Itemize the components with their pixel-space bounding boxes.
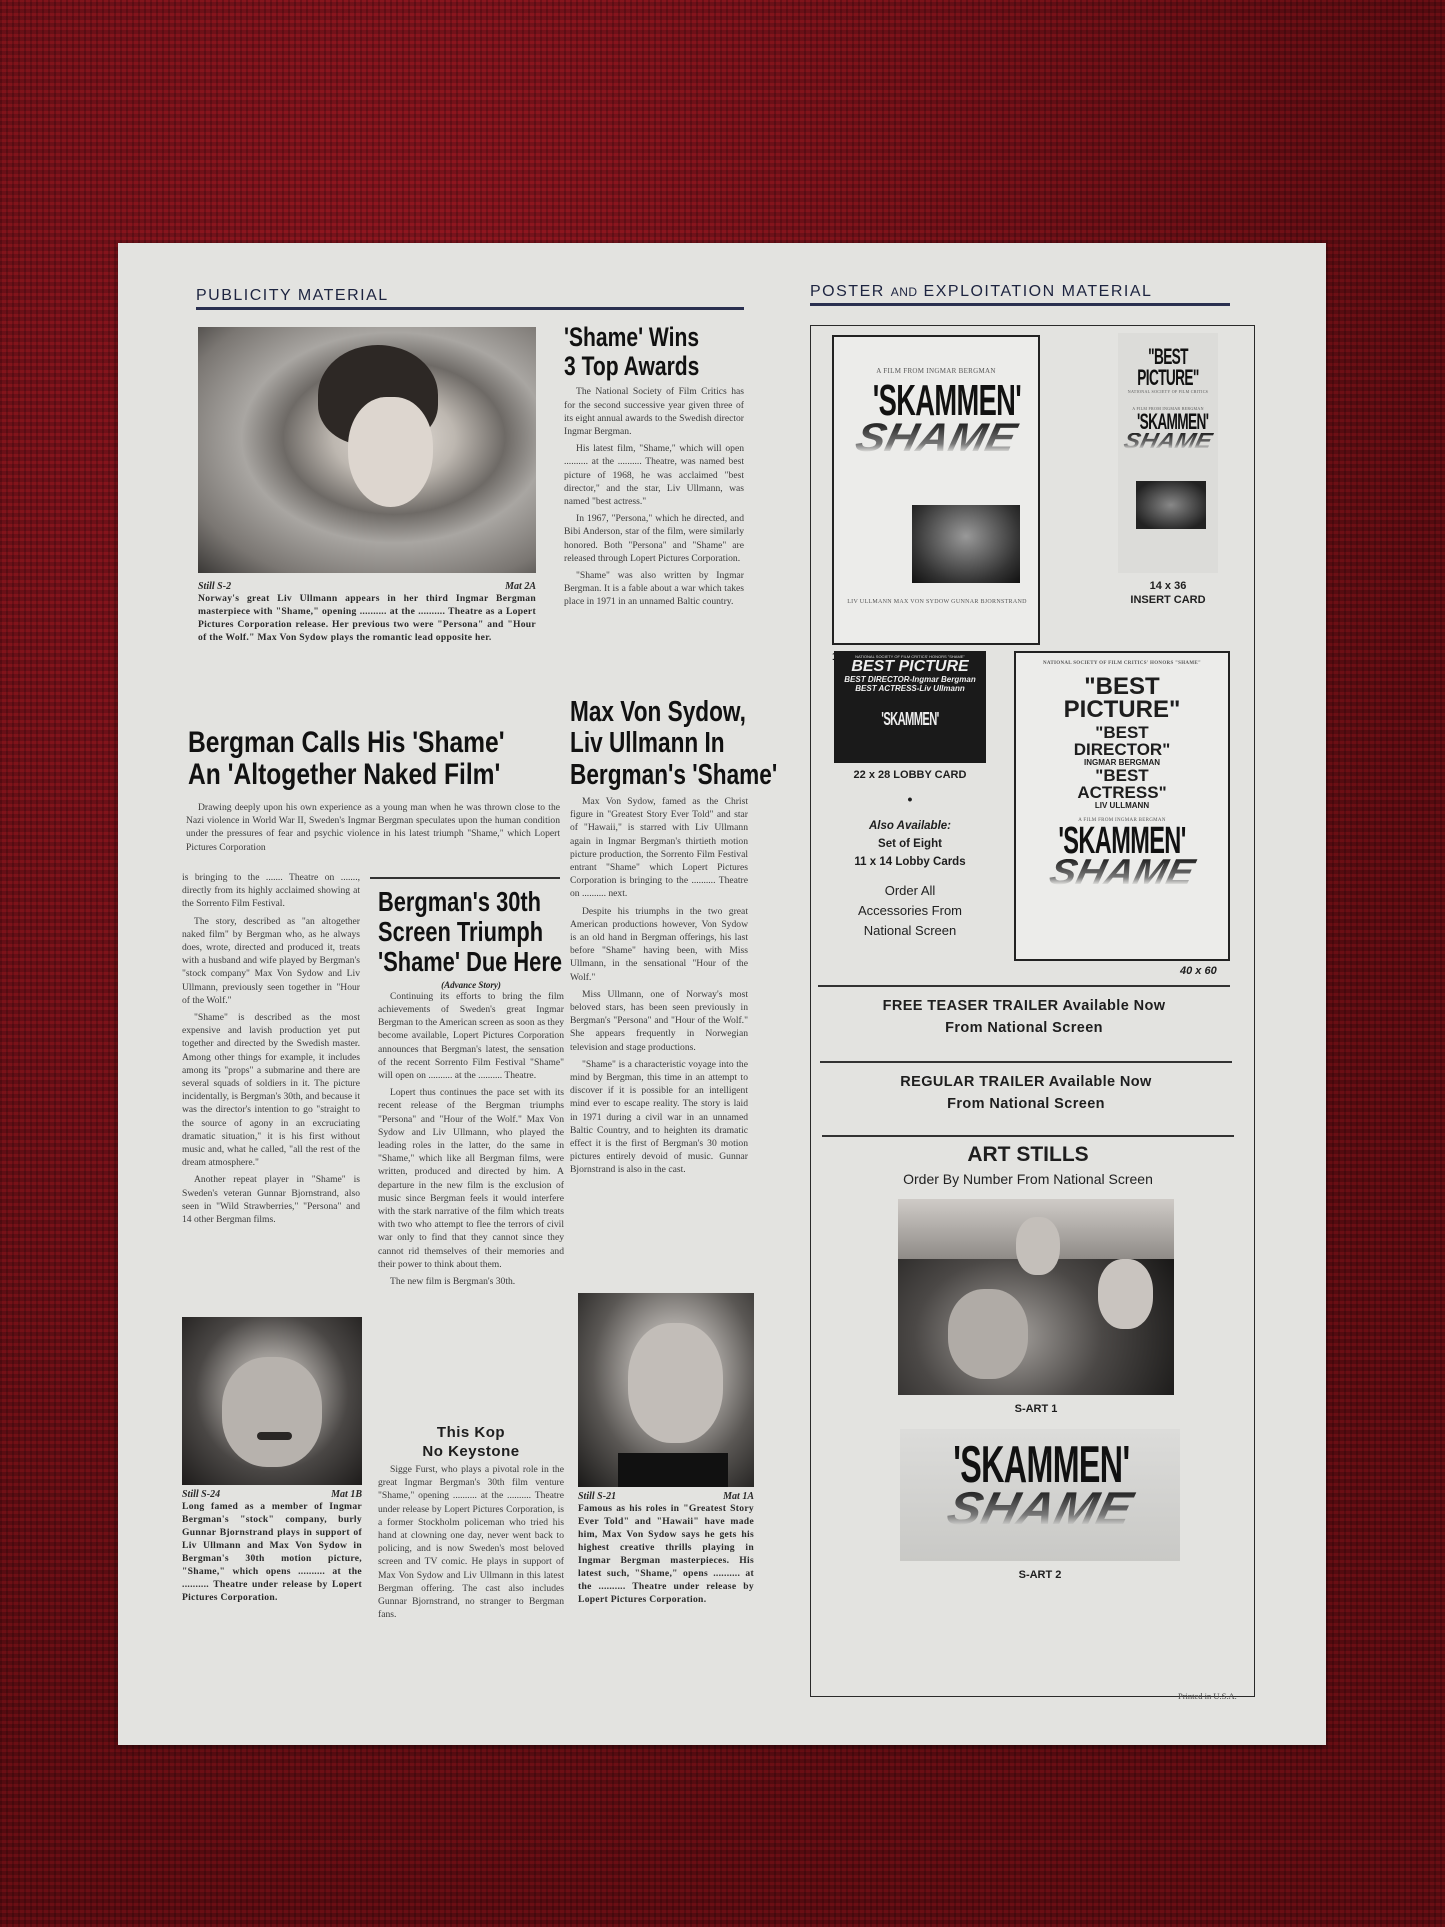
still-s2-caption: Norway's great Liv Ullmann appears in he… <box>198 592 536 644</box>
poster-photo <box>912 505 1020 583</box>
paragraph: is bringing to the ....... Theatre on ..… <box>182 871 360 911</box>
order-all-block: Order All Accessories From National Scre… <box>824 881 996 941</box>
poster-subtitle: SHAME <box>832 423 1040 453</box>
trailer-bold: FREE TEASER TRAILER <box>883 998 1059 1014</box>
divider <box>818 985 1230 987</box>
paragraph: Continuing its efforts to bring the film… <box>378 990 564 1082</box>
30th-body: Continuing its efforts to bring the film… <box>378 990 564 1288</box>
label-line: INSERT CARD <box>1108 593 1228 607</box>
collar-shape <box>618 1453 728 1487</box>
paragraph: In 1967, "Persona," which he directed, a… <box>564 512 744 565</box>
forty-sixty-label: 40 x 60 <box>1180 965 1217 977</box>
paragraph: Sigge Furst, who plays a pivotal role in… <box>378 1463 564 1621</box>
paragraph: The story, described as "an altogether n… <box>182 915 360 1007</box>
also-available-line: Set of Eight <box>824 835 996 853</box>
lobby-card-label: 22 x 28 LOBBY CARD <box>824 769 996 781</box>
header-text: EXPLOITATION MATERIAL <box>924 283 1153 300</box>
headline-line: 'Shame' Wins <box>564 323 704 352</box>
insert-photo <box>1136 481 1206 529</box>
also-available-title: Also Available: <box>824 817 996 835</box>
teaser-trailer-notice: FREE TEASER TRAILER Available Now From N… <box>818 995 1230 1039</box>
article-von-sydow: Max Von Sydow, Liv Ullmann In Bergman's … <box>570 697 748 1181</box>
still-s21-caption-block: Still S-21 Mat 1A Famous as his roles in… <box>578 1491 754 1606</box>
paragraph: Despite his triumphs in the two great Am… <box>570 905 748 984</box>
s-art-1-label: S-ART 1 <box>898 1403 1174 1415</box>
s-art-2-label: S-ART 2 <box>900 1569 1180 1581</box>
header-text-small: AND <box>891 285 918 299</box>
mat-label: Mat 1B <box>331 1489 362 1500</box>
headline-line: Bergman's 30th <box>378 887 523 917</box>
paragraph: "Shame" is described as the most expensi… <box>182 1011 360 1169</box>
paragraph: Max Von Sydow, famed as the Christ figur… <box>570 795 748 901</box>
best-picture: PICTURE" <box>1016 698 1228 722</box>
header-text: POSTER <box>810 283 885 300</box>
face-shape <box>348 397 433 507</box>
face-shape <box>1098 1259 1153 1329</box>
advance-story-subhead: (Advance Story) <box>378 980 564 990</box>
divider <box>370 877 560 879</box>
label-line: 14 x 36 <box>1108 579 1228 593</box>
trailer-line2: From National Screen <box>820 1093 1232 1115</box>
still-s21-caption: Famous as his roles in "Greatest Story E… <box>578 1502 754 1606</box>
publicity-sheet: PUBLICITY MATERIAL Still S-2 Mat 2A Norw… <box>118 243 1326 1745</box>
mat-label: Mat 1A <box>723 1491 754 1502</box>
article-kop: This Kop No Keystone Sigge Furst, who pl… <box>378 1423 564 1625</box>
best-quote: "BEST <box>1016 724 1228 741</box>
insert-subtitle: SHAME <box>1118 433 1218 449</box>
poster-credits: LIV ULLMANN MAX VON SYDOW GUNNAR BJORNST… <box>842 599 1032 605</box>
awards-body: The National Society of Film Critics has… <box>564 385 744 608</box>
still-s24-caption: Long famed as a member of Ingmar Bergman… <box>182 1500 362 1604</box>
still-label: Still S-24 <box>182 1489 220 1500</box>
von-sydow-headline: Max Von Sydow, Liv Ullmann In Bergman's … <box>570 697 709 791</box>
poster-top-line: NATIONAL SOCIETY OF FILM CRITICS' HONORS… <box>1016 661 1228 666</box>
article-naked-film: Bergman Calls His 'Shame' An 'Altogether… <box>188 727 568 792</box>
still-s24-photo <box>182 1317 362 1485</box>
face-shape <box>948 1289 1028 1379</box>
headline-line: No Keystone <box>378 1442 564 1461</box>
paragraph: The new film is Bergman's 30th. <box>378 1275 564 1288</box>
awards-headline: 'Shame' Wins 3 Top Awards <box>564 323 704 381</box>
still-label: Still S-21 <box>578 1491 616 1502</box>
von-sydow-body: Max Von Sydow, famed as the Christ figur… <box>570 795 748 1177</box>
lobby-line: BEST ACTRESS-Liv Ullmann <box>834 684 986 693</box>
best-quote: "BEST <box>1016 767 1228 784</box>
s-art-2-subtitle: SHAME <box>900 1491 1180 1525</box>
headline-line: This Kop <box>378 1423 564 1442</box>
insert-card-poster: "BEST PICTURE" NATIONAL SOCIETY OF FILM … <box>1118 333 1218 573</box>
lobby-title: 'SKAMMEN' <box>863 709 957 730</box>
paragraph: Lopert thus continues the pace set with … <box>378 1086 564 1271</box>
header-text: PUBLICITY MATERIAL <box>196 287 389 304</box>
lobby-line: BEST DIRECTOR-Ingmar Bergman <box>834 675 986 684</box>
lobby-card-poster: NATIONAL SOCIETY OF FILM CRITICS' HONORS… <box>834 651 986 763</box>
article-30th: Bergman's 30th Screen Triumph 'Shame' Du… <box>378 887 564 1292</box>
headline-line: Screen Triumph <box>378 917 523 947</box>
face-shape <box>222 1357 322 1467</box>
insert-quote: "BEST <box>1137 347 1199 367</box>
poster-material-header: POSTER AND EXPLOITATION MATERIAL <box>810 283 1230 306</box>
headline-line: 'Shame' Due Here <box>378 947 523 977</box>
forty-sixty-poster: NATIONAL SOCIETY OF FILM CRITICS' HONORS… <box>1014 651 1230 961</box>
naked-film-body: is bringing to the ....... Theatre on ..… <box>182 871 360 1230</box>
still-s24-caption-block: Still S-24 Mat 1B Long famed as a member… <box>182 1489 362 1604</box>
still-s2-caption-block: Still S-2 Mat 2A Norway's great Liv Ullm… <box>198 581 536 644</box>
best-director: DIRECTOR" <box>1016 741 1228 758</box>
still-s2-photo <box>198 327 536 573</box>
regular-trailer-notice: REGULAR TRAILER Available Now From Natio… <box>820 1071 1232 1115</box>
also-available-block: Also Available: Set of Eight 11 x 14 Lob… <box>824 817 996 871</box>
kop-body: Sigge Furst, who plays a pivotal role in… <box>378 1463 564 1621</box>
article-awards: 'Shame' Wins 3 Top Awards The National S… <box>564 323 744 613</box>
paragraph: His latest film, "Shame," which will ope… <box>564 442 744 508</box>
headline-line: Bergman Calls His 'Shame' <box>188 727 500 759</box>
still-label: Still S-2 <box>198 581 231 592</box>
naked-film-lead: Drawing deeply upon his own experience a… <box>186 801 560 858</box>
face-shape <box>1016 1217 1060 1275</box>
trailer-bold: REGULAR TRAILER <box>900 1074 1045 1090</box>
naked-film-headline: Bergman Calls His 'Shame' An 'Altogether… <box>188 727 500 792</box>
s-art-1-photo <box>898 1199 1174 1395</box>
paragraph: Miss Ullmann, one of Norway's most belov… <box>570 988 748 1054</box>
poster-top-line: A FILM FROM INGMAR BERGMAN <box>834 367 1038 375</box>
paragraph: "Shame" was also written by Ingmar Bergm… <box>564 569 744 609</box>
headline-line: Liv Ullmann In <box>570 728 709 759</box>
best-actress: ACTRESS" <box>1016 784 1228 801</box>
moustache-shape <box>257 1432 292 1440</box>
trailer-rest: Available Now <box>1049 1074 1152 1090</box>
headline-line: Bergman's 'Shame' <box>570 760 709 791</box>
kop-headline: This Kop No Keystone <box>378 1423 564 1461</box>
insert-card-label: 14 x 36 INSERT CARD <box>1108 579 1228 607</box>
art-stills-title: ART STILLS <box>822 1143 1234 1167</box>
30th-headline: Bergman's 30th Screen Triumph 'Shame' Du… <box>378 887 523 978</box>
order-all-line: National Screen <box>824 921 996 941</box>
bullet-dot: • <box>824 791 996 807</box>
actress-name: LIV ULLMANN <box>1016 801 1228 810</box>
paragraph: Drawing deeply upon his own experience a… <box>186 801 560 854</box>
headline-line: 3 Top Awards <box>564 352 704 381</box>
lobby-line: BEST PICTURE <box>834 659 986 675</box>
art-stills-subtitle: Order By Number From National Screen <box>822 1171 1234 1187</box>
divider <box>822 1135 1234 1137</box>
best-quote: "BEST <box>1016 676 1228 698</box>
trailer-line2: From National Screen <box>818 1017 1230 1039</box>
mat-label: Mat 2A <box>505 581 536 592</box>
divider <box>820 1061 1232 1063</box>
still-s21-photo <box>578 1293 754 1487</box>
order-all-line: Order All <box>824 881 996 901</box>
trailer-rest: Available Now <box>1062 998 1165 1014</box>
paragraph: "Shame" is a characteristic voyage into … <box>570 1058 748 1177</box>
headline-line: Max Von Sydow, <box>570 697 709 728</box>
printed-in-usa: Printed in U.S.A. <box>1178 1691 1237 1701</box>
paragraph: The National Society of Film Critics has… <box>564 385 744 438</box>
order-all-line: Accessories From <box>824 901 996 921</box>
s-art-2-image: 'SKAMMEN' SHAME <box>900 1429 1180 1561</box>
also-available-line: 11 x 14 Lobby Cards <box>824 853 996 871</box>
one-sheet-poster: A FILM FROM INGMAR BERGMAN 'SKAMMEN' SHA… <box>832 335 1040 645</box>
paragraph: Another repeat player in "Shame" is Swed… <box>182 1173 360 1226</box>
publicity-material-header: PUBLICITY MATERIAL <box>196 287 744 310</box>
face-shape <box>628 1323 723 1443</box>
insert-quote: PICTURE" <box>1137 367 1199 389</box>
headline-line: An 'Altogether Naked Film' <box>188 759 500 791</box>
poster-subtitle: SHAME <box>1014 859 1230 885</box>
